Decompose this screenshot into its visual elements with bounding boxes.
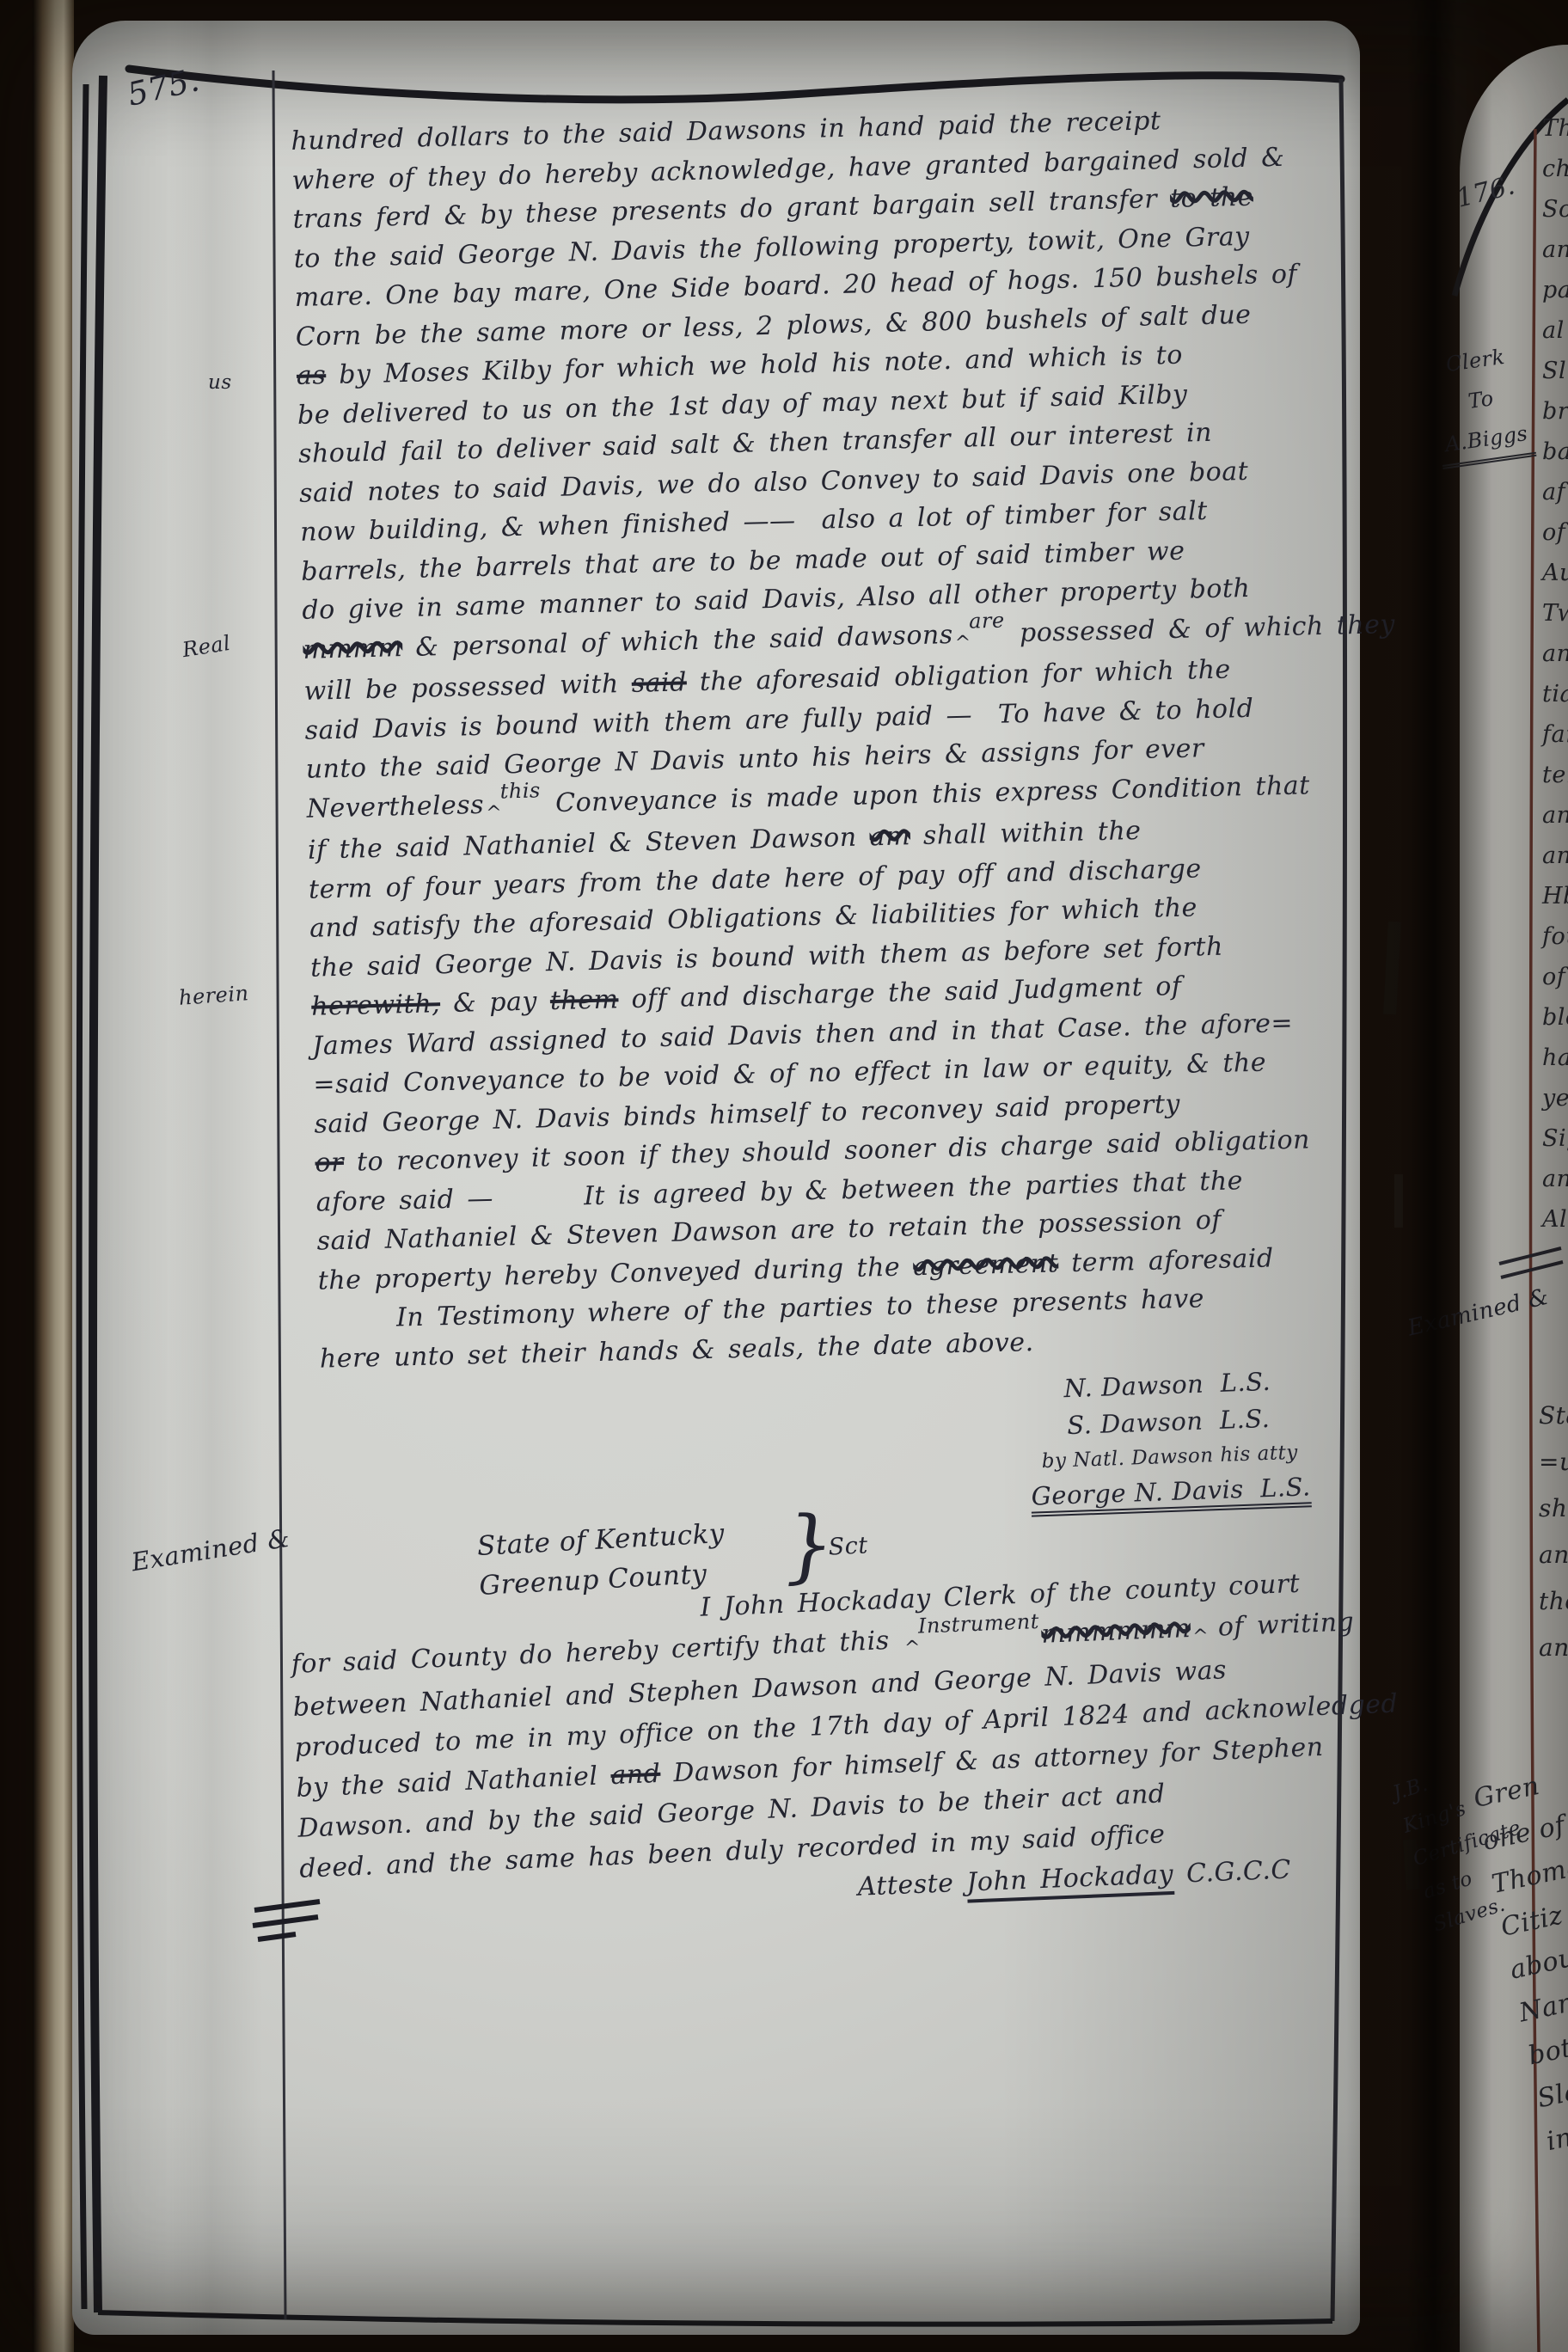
struck-word: them	[549, 984, 618, 1016]
left-margin-rule	[273, 70, 285, 2319]
text-fragment: Stat	[1539, 1393, 1568, 1439]
text-fragment: =use	[1539, 1439, 1568, 1485]
text-fragment: tia	[1542, 674, 1568, 714]
margin-note-herein: herein	[178, 981, 249, 1010]
right-margin-note-clerk: ClerkToA.Biggs	[1426, 334, 1537, 469]
text-fragment: af	[1542, 472, 1568, 512]
text-fragment: and	[1539, 1625, 1568, 1671]
text-fragment: the	[1539, 1578, 1568, 1625]
attest-text: Atteste	[857, 1868, 967, 1902]
text-fragment: of h	[1542, 957, 1568, 997]
struck-word: said	[631, 667, 687, 699]
text-fragment: of	[1542, 512, 1568, 553]
left-page-left-border-outer	[93, 76, 103, 2312]
caret-mark: ^	[1191, 1616, 1210, 1657]
clerk-title: C.G.C.C	[1173, 1854, 1291, 1889]
text-fragment: Au	[1542, 553, 1568, 593]
struck-word: am	[869, 821, 910, 852]
struck-word: mmmm	[303, 633, 403, 665]
text-fragment: ship	[1539, 1485, 1568, 1532]
clerk-certificate-text: I John Hockaday Clerk of the county cour…	[289, 1559, 1410, 1929]
struck-word: as	[297, 360, 327, 391]
inserted-word: Instrument	[917, 1602, 1040, 1647]
struck-word: to the	[1170, 182, 1254, 214]
struck-word: and	[610, 1759, 661, 1791]
text-fragment: and	[1542, 1159, 1568, 1199]
signature-block: N. Dawson L.S. S. Dawson L.S. by Natl. D…	[986, 1361, 1352, 1517]
deed-book-photo: 575. us Real herein Examined & hundred d…	[0, 0, 1568, 2352]
deed-body-text: hundred dollars to the said Dawsons in h…	[291, 96, 1412, 1379]
struck-word: or	[315, 1148, 344, 1179]
struck-word: mmmmmm	[1041, 1614, 1191, 1650]
right-page-text-fragments-middle: Stat=useshipandtheand	[1539, 1393, 1568, 1671]
text-fragment: Tw	[1542, 593, 1568, 634]
text-fragment: hav	[1542, 1038, 1568, 1078]
text-fragment: Sl	[1542, 351, 1568, 391]
deed-text: shall within the	[910, 816, 1142, 851]
struck-word: agreement	[913, 1248, 1059, 1282]
text-fragment: br	[1542, 391, 1568, 432]
left-page-top-border	[129, 69, 1341, 100]
text-fragment: ble	[1542, 997, 1568, 1038]
right-page-text-fragments-top: ThecheSoanpaalSlbrbaafofAuTwantiafartena…	[1542, 108, 1568, 1240]
left-page-bottom-border	[98, 2312, 1332, 2324]
deed-text: & personal of which the said dawsons	[402, 620, 953, 663]
text-fragment: fou	[1542, 916, 1568, 957]
inserted-word: are	[969, 601, 1006, 640]
left-page-left-border-inner	[79, 84, 86, 2309]
deed-text: Nevertheless	[306, 789, 484, 824]
text-fragment: Hb	[1542, 876, 1568, 916]
text-fragment: ten	[1542, 755, 1568, 795]
deed-text: will be possessed with	[303, 669, 632, 707]
margin-note-us: us	[208, 371, 232, 394]
sct-label: Sct	[828, 1532, 869, 1560]
text-fragment: ba	[1542, 432, 1568, 472]
deed-text: & pay	[440, 986, 551, 1019]
text-fragment: far	[1542, 714, 1568, 755]
text-fragment: and	[1542, 836, 1568, 876]
text-fragment: an	[1542, 634, 1568, 674]
text-fragment: pa	[1542, 270, 1568, 310]
certificate-text: of writing	[1204, 1607, 1355, 1643]
text-fragment: yea	[1542, 1078, 1568, 1118]
text-fragment: an	[1542, 230, 1568, 270]
struck-word: herewith,	[311, 989, 441, 1022]
text-fragment: Sig	[1542, 1118, 1568, 1159]
deed-text: term aforesaid	[1058, 1243, 1274, 1278]
text-fragment: che	[1542, 149, 1568, 189]
text-fragment: So	[1542, 189, 1568, 230]
text-fragment: The	[1542, 108, 1568, 149]
text-fragment: and	[1539, 1532, 1568, 1578]
text-fragment: al	[1542, 310, 1568, 351]
deed-text: possessed & of which they	[1007, 609, 1396, 648]
inserted-word: this	[499, 771, 541, 812]
text-fragment: and	[1542, 795, 1568, 836]
text-fragment: Alle	[1542, 1199, 1568, 1240]
